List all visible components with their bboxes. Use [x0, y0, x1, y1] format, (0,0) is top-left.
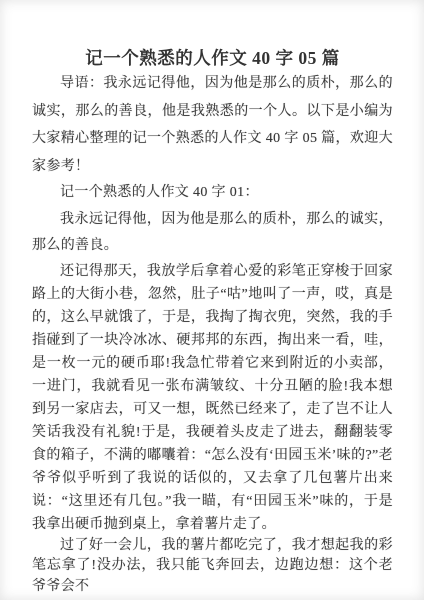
page-title: 记一个熟悉的人作文 40 字 05 篇 [32, 46, 393, 70]
paragraph-intro: 导语：我永远记得他，因为他是那么的质朴，那么的诚实，那么的善良，他是我熟悉的一个… [32, 70, 393, 180]
paragraph-story: 还记得那天，我放学后拿着心爱的彩笔正穿梭于回家路上的大街小巷，忽然，肚子“咕”地… [32, 260, 393, 536]
document-page: 记一个熟悉的人作文 40 字 05 篇 导语：我永远记得他，因为他是那么的质朴，… [0, 0, 424, 600]
paragraph-opening: 我永远记得他，因为他是那么的质朴，那么的诚实，那么的善良。 [32, 207, 393, 260]
paragraph-ending: 过了好一会儿，我的薯片都吃完了，我才想起我的彩笔忘拿了!没办法，我只能飞奔回去，… [32, 536, 393, 598]
paragraph-section-heading: 记一个熟悉的人作文 40 字 01： [32, 180, 393, 207]
